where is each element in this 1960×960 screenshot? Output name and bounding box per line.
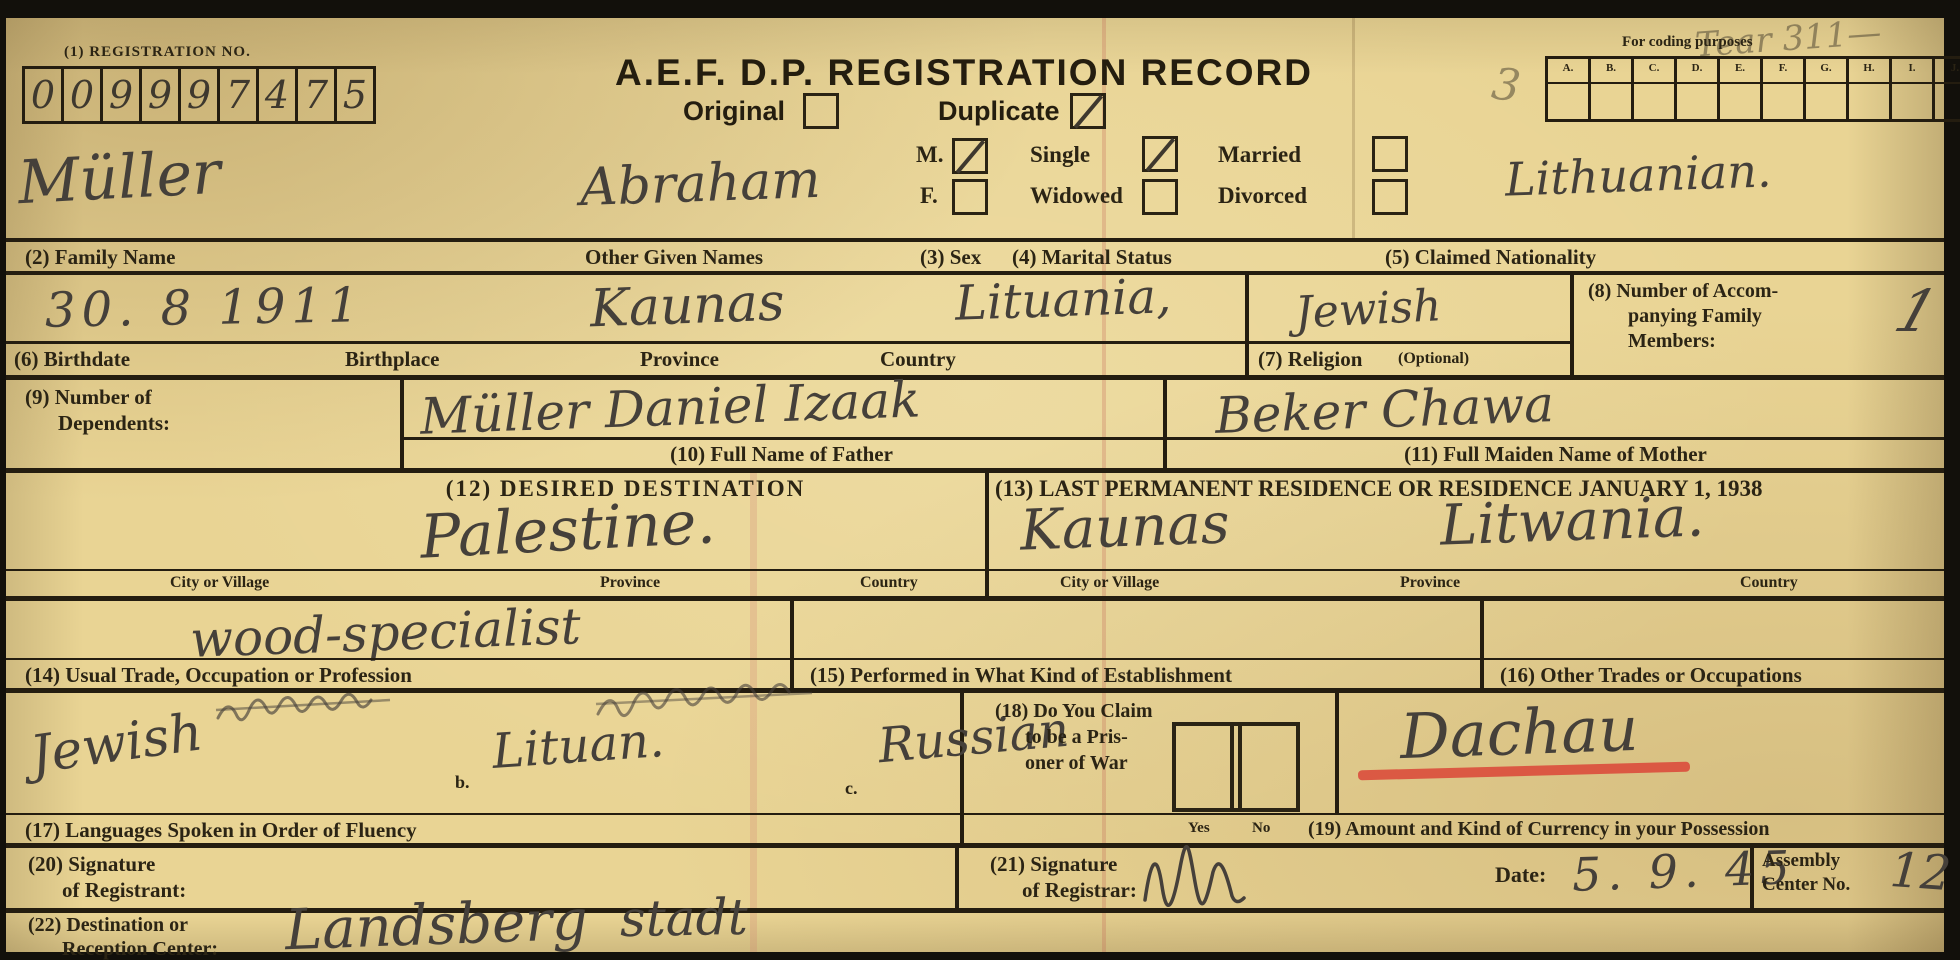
divorced-checkbox <box>1372 179 1408 215</box>
crossed-out-scribble <box>590 680 820 726</box>
original-label: Original <box>683 96 785 127</box>
pow-claim-label-3: oner of War <box>1025 752 1128 775</box>
coding-letter: D. <box>1677 59 1717 84</box>
pow-claim-label-2: to be a Pris- <box>1025 726 1128 749</box>
reception-city-value: Landsberg <box>284 893 589 960</box>
language-c-marker: c. <box>845 778 858 799</box>
coding-letter: C. <box>1634 59 1674 84</box>
registration-digit: 9 <box>109 73 133 117</box>
other-given-names-label: Other Given Names <box>585 245 763 270</box>
pow-no-checkbox <box>1230 722 1300 812</box>
registrant-signature-label-2: of Registrant: <box>62 878 186 903</box>
coding-letter: B. <box>1591 59 1631 84</box>
registrar-signature-label: (21) Signature <box>990 852 1117 877</box>
mother-label: (11) Full Maiden Name of Mother <box>1167 442 1944 467</box>
pow-claim-label: (18) Do You Claim <box>995 700 1153 723</box>
coding-letter: E. <box>1720 59 1760 84</box>
birthdate-value: 30. 8 1911 <box>45 281 365 335</box>
sex-label: (3) Sex <box>920 245 981 270</box>
birthplace-value: Kaunas <box>589 277 785 336</box>
mother-name-value: Beker Chawa <box>1214 379 1554 441</box>
coding-letter: A. <box>1548 59 1588 84</box>
coding-boxes: A. B. C. D. E. F. G. H. I. J. <box>1545 56 1960 122</box>
form-title: A.E.F. D.P. REGISTRATION RECORD <box>615 52 1313 94</box>
registration-digit: 5 <box>343 73 367 117</box>
currency-label: (19) Amount and Kind of Currency in your… <box>1308 818 1770 841</box>
registration-digit: 4 <box>265 73 289 117</box>
dependents-label: (9) Number of <box>25 385 152 410</box>
nationality-value: Lithuanian. <box>1504 147 1772 202</box>
coding-letter: F. <box>1763 59 1803 84</box>
province-label: Province <box>640 347 719 372</box>
residence-country-label: Country <box>1740 574 1798 592</box>
establishment-label: (15) Performed in What Kind of Establish… <box>810 663 1232 688</box>
widowed-checkbox <box>1142 179 1178 215</box>
sex-m-label: M. <box>916 142 943 168</box>
dependents-label-2: Dependents: <box>58 411 170 436</box>
trade-value: wood-specialist <box>189 601 581 665</box>
residence-province-label: Province <box>1400 574 1460 592</box>
reception-suffix-value: stadt <box>620 892 749 944</box>
registration-digit: 0 <box>70 73 94 117</box>
registration-digit: 9 <box>148 73 172 117</box>
sex-m-checkbox <box>952 138 988 174</box>
accompanying-label: (8) Number of Accom- <box>1588 280 1778 303</box>
registration-no-label: (1) REGISTRATION NO. <box>64 44 251 61</box>
divorced-label: Divorced <box>1218 183 1307 209</box>
residence-country-value: Litwania. <box>1439 489 1705 554</box>
residence-city-label: City or Village <box>1060 574 1159 592</box>
birthplace-label: Birthplace <box>345 347 440 372</box>
birthdate-label: (6) Birthdate <box>14 347 130 372</box>
registration-digit: 0 <box>31 73 55 117</box>
registrant-signature-label: (20) Signature <box>28 852 155 877</box>
sex-f-label: F. <box>920 183 938 209</box>
coding-purposes-label: For coding purposes <box>1622 34 1753 51</box>
country-label: Country <box>880 347 956 372</box>
assembly-center-label: Assembly <box>1762 850 1840 872</box>
coding-letter: J. <box>1935 59 1960 84</box>
single-label: Single <box>1030 142 1090 168</box>
other-trades-label: (16) Other Trades or Occupations <box>1500 663 1802 688</box>
pow-yes-label: Yes <box>1188 820 1210 837</box>
registrar-signature-scribble <box>1135 840 1285 908</box>
coding-letter: H. <box>1849 59 1889 84</box>
languages-label: (17) Languages Spoken in Order of Fluenc… <box>25 818 417 843</box>
crossed-out-scribble <box>210 688 400 730</box>
registration-digit: 7 <box>226 73 250 117</box>
residence-city-value: Kaunas <box>1019 496 1230 559</box>
widowed-label: Widowed <box>1030 183 1123 209</box>
religion-label: (7) Religion <box>1258 347 1362 372</box>
marital-status-label: (4) Marital Status <box>1012 245 1172 270</box>
family-name-value: Müller <box>17 143 223 214</box>
married-checkbox <box>1372 136 1408 172</box>
claimed-nationality-label: (5) Claimed Nationality <box>1385 245 1596 270</box>
father-label: (10) Full Name of Father <box>400 442 1163 467</box>
single-checkbox <box>1142 136 1178 172</box>
family-name-label: (2) Family Name <box>25 245 175 270</box>
duplicate-checkbox <box>1070 93 1106 129</box>
trade-label: (14) Usual Trade, Occupation or Professi… <box>25 663 412 688</box>
destination-value: Palestine. <box>419 492 717 567</box>
registrar-signature-label-2: of Registrar: <box>1022 878 1137 903</box>
given-name-value: Abraham <box>579 154 821 214</box>
accompanying-label-3: Members: <box>1628 330 1716 353</box>
married-label: Married <box>1218 142 1301 168</box>
assembly-center-label-2: Center No. <box>1762 874 1850 896</box>
scanned-dp-registration-form: (1) REGISTRATION NO. 0 0 9 9 9 7 4 7 5 A… <box>0 0 1960 960</box>
sex-f-checkbox <box>952 179 988 215</box>
language-b-marker: b. <box>455 772 470 793</box>
birth-country-value: Lituania, <box>954 272 1172 328</box>
assembly-center-value: 12 <box>1888 846 1952 898</box>
destination-province-label: Province <box>600 574 660 592</box>
coding-letter: G. <box>1806 59 1846 84</box>
religion-value: Jewish <box>1294 284 1442 336</box>
destination-city-label: City or Village <box>170 574 269 592</box>
accompanying-label-2: panying Family <box>1628 305 1762 328</box>
original-checkbox <box>803 93 839 129</box>
coding-letter: I. <box>1892 59 1932 84</box>
religion-optional-label: (Optional) <box>1398 350 1469 368</box>
reception-center-label: (22) Destination or <box>28 914 188 937</box>
duplicate-label: Duplicate <box>938 96 1060 127</box>
reception-center-label-2: Reception Center: <box>62 938 218 960</box>
destination-country-label: Country <box>860 574 918 592</box>
registration-digit: 9 <box>187 73 211 117</box>
registration-number-boxes: 0 0 9 9 9 7 4 7 5 <box>22 66 376 124</box>
registration-digit: 7 <box>304 73 328 117</box>
pow-no-label: No <box>1252 820 1270 837</box>
date-label: Date: <box>1495 862 1546 888</box>
camp-note-value: Dachau <box>1399 698 1639 768</box>
